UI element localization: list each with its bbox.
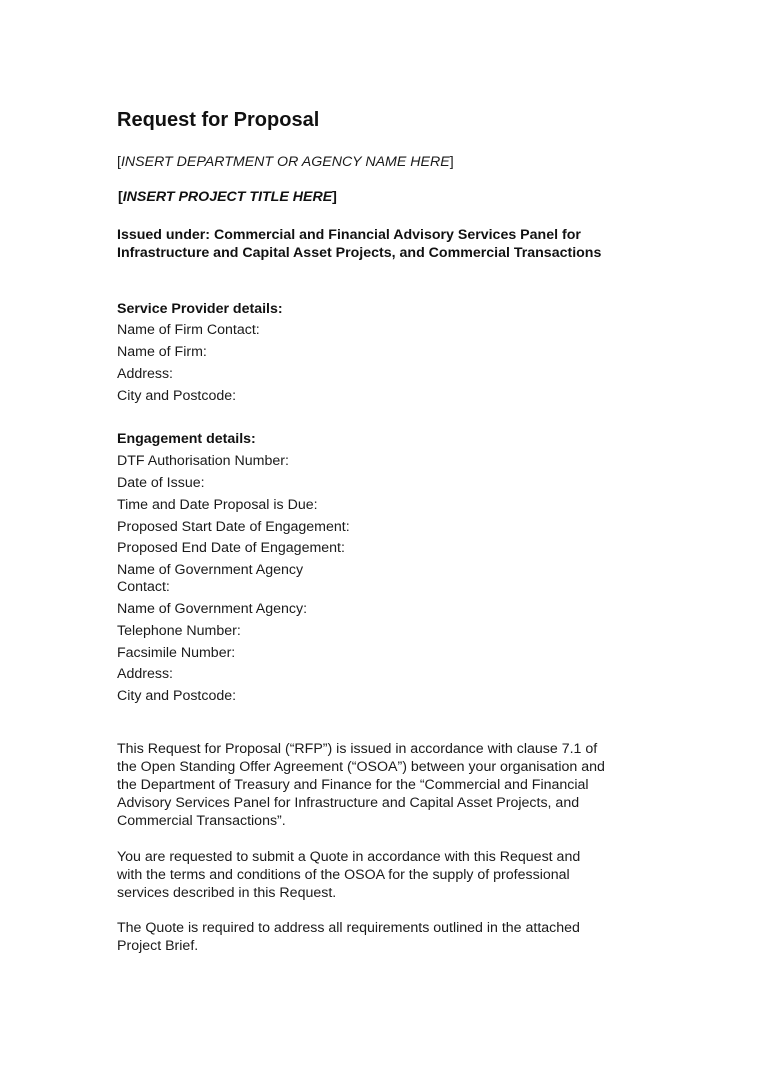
field-label-city-postcode: City and Postcode: [117, 389, 236, 403]
field-label-start-date: Proposed Start Date of Engagement: [117, 520, 350, 534]
bracket-close: ] [332, 189, 337, 205]
paragraph-line: You are requested to submit a Quote in a… [117, 848, 662, 866]
paragraph-line: Project Brief. [117, 937, 662, 955]
paragraph-line: This Request for Proposal (“RFP”) is iss… [117, 740, 662, 758]
field-label-agency-contact: Name of Government Agency [117, 563, 303, 577]
paragraph-line: the Department of Treasury and Finance f… [117, 776, 662, 794]
field-label-dtf-authorisation: DTF Authorisation Number: [117, 454, 289, 468]
field-label-end-date: Proposed End Date of Engagement: [117, 541, 345, 555]
service-provider-heading: Service Provider details: [117, 302, 283, 316]
paragraph-quote-request: You are requested to submit a Quote in a… [117, 848, 662, 902]
issued-under-statement: Issued under: Commercial and Financial A… [117, 226, 677, 262]
engagement-heading: Engagement details: [117, 432, 256, 446]
paragraph-line: The Quote is required to address all req… [117, 919, 662, 937]
paragraph-line: Advisory Services Panel for Infrastructu… [117, 794, 662, 812]
department-placeholder-text: INSERT DEPARTMENT OR AGENCY NAME HERE [121, 154, 450, 170]
issued-under-line: Infrastructure and Capital Asset Project… [117, 244, 677, 262]
field-label-city-postcode: City and Postcode: [117, 689, 236, 703]
paragraph-line: with the terms and conditions of the OSO… [117, 866, 662, 884]
paragraph-rfp-intro: This Request for Proposal (“RFP”) is iss… [117, 740, 662, 830]
field-label-agency-contact-cont: Contact: [117, 580, 170, 594]
paragraph-line: the Open Standing Offer Agreement (“OSOA… [117, 758, 662, 776]
field-label-agency-name: Name of Government Agency: [117, 602, 307, 616]
field-label-telephone: Telephone Number: [117, 624, 241, 638]
project-title-placeholder: [INSERT PROJECT TITLE HERE] [118, 190, 337, 204]
field-label-facsimile: Facsimile Number: [117, 646, 235, 660]
field-label-proposal-due: Time and Date Proposal is Due: [117, 498, 318, 512]
field-label-firm-contact: Name of Firm Contact: [117, 323, 260, 337]
field-label-date-of-issue: Date of Issue: [117, 476, 205, 490]
issued-under-line: Issued under: Commercial and Financial A… [117, 226, 677, 244]
project-placeholder-text: INSERT PROJECT TITLE HERE [123, 189, 332, 205]
paragraph-quote-requirements: The Quote is required to address all req… [117, 919, 662, 955]
document-page: Request for Proposal [INSERT DEPARTMENT … [0, 0, 768, 1087]
paragraph-line: Commercial Transactions”. [117, 812, 662, 830]
paragraph-line: services described in this Request. [117, 884, 662, 902]
field-label-address: Address: [117, 367, 173, 381]
field-label-firm-name: Name of Firm: [117, 345, 207, 359]
department-placeholder: [INSERT DEPARTMENT OR AGENCY NAME HERE] [117, 155, 454, 169]
document-title: Request for Proposal [117, 110, 319, 130]
bracket-close: ] [450, 154, 454, 170]
field-label-address: Address: [117, 667, 173, 681]
